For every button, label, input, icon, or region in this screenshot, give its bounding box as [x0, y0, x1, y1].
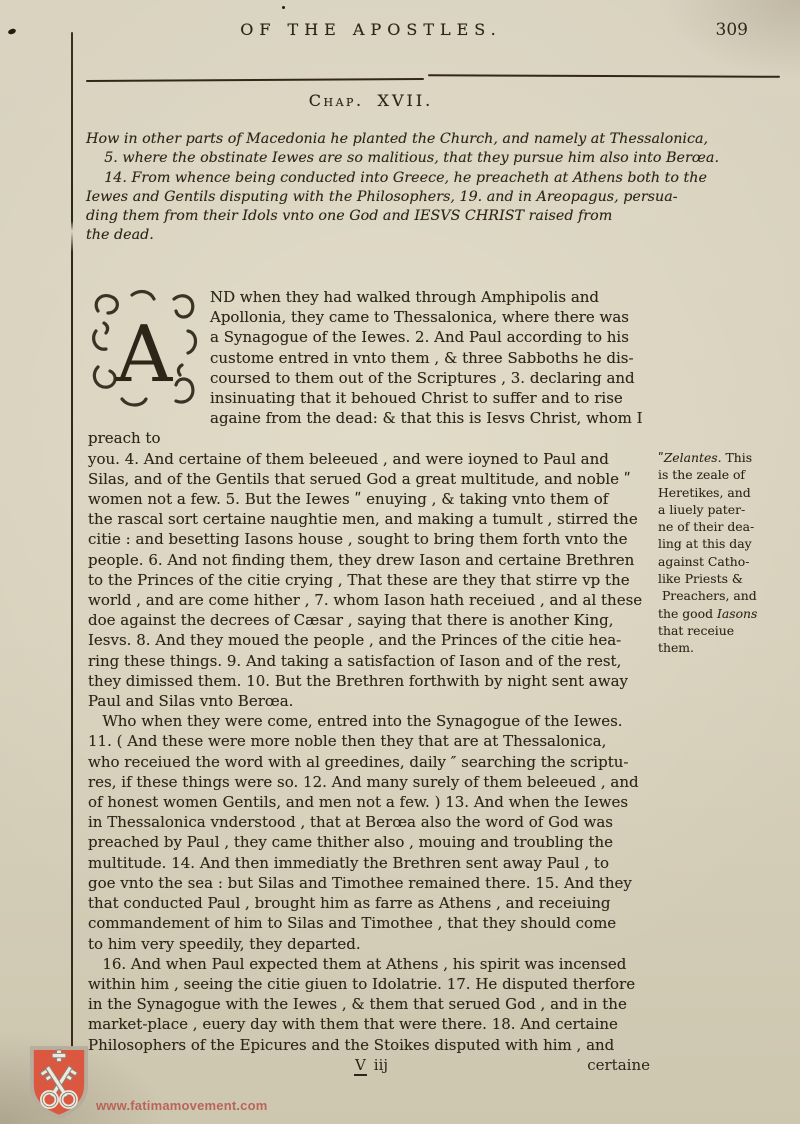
page-number: 309 [716, 20, 748, 40]
drop-cap-letter: A [115, 310, 174, 400]
running-header-title: OF THE APOSTLES. [88, 20, 654, 39]
header-rule-right-segment [428, 74, 780, 78]
crossed-keys-shield-icon [28, 1044, 90, 1120]
drop-cap-ornament: A [88, 289, 200, 409]
ink-blot [282, 6, 285, 9]
signature-numerals: iij [374, 1056, 388, 1074]
margin-note-latin-term: Zelantes. [664, 450, 722, 465]
margin-note-text: that receiue them. [658, 623, 734, 655]
margin-note: ʺZelantes. This is the zeale of Heretike… [658, 449, 794, 657]
chapter-heading: Chap.XVII. [88, 91, 654, 110]
header-rule-left-segment [86, 78, 424, 82]
watermark-url: www.fatimamovement.com [96, 1098, 268, 1113]
body-paragraph-2: Who when they were come, entred into the… [88, 711, 654, 953]
margin-annotation-column: ʺZelantes. This is the zeale of Heretike… [654, 287, 794, 657]
text-block: A ND when they had walked through Amphip… [88, 287, 794, 1078]
body-paragraph-1: A ND when they had walked through Amphip… [88, 287, 654, 711]
chapter-argument-summary: How in other parts of Macedonia he plant… [86, 130, 758, 246]
margin-note-text: This is the zeale of Heretikes, and a li… [658, 450, 757, 621]
catchword: certaine [587, 1056, 650, 1074]
body-paragraph-3: 16. And when Paul expected them at Athen… [88, 954, 654, 1055]
watermark: www.fatimamovement.com [28, 1044, 288, 1120]
chapter-numeral: XVII. [378, 91, 434, 110]
chapter-label: Chap. [309, 91, 364, 110]
scanned-book-page: OF THE APOSTLES. 309 Chap.XVII. How in o… [0, 0, 800, 1124]
signature-letter: V [354, 1056, 367, 1076]
margin-note-latin-term: Iasons [717, 606, 757, 621]
ink-blot [7, 28, 16, 35]
left-margin-rule [71, 32, 73, 1080]
main-text-column: A ND when they had walked through Amphip… [88, 287, 654, 1078]
